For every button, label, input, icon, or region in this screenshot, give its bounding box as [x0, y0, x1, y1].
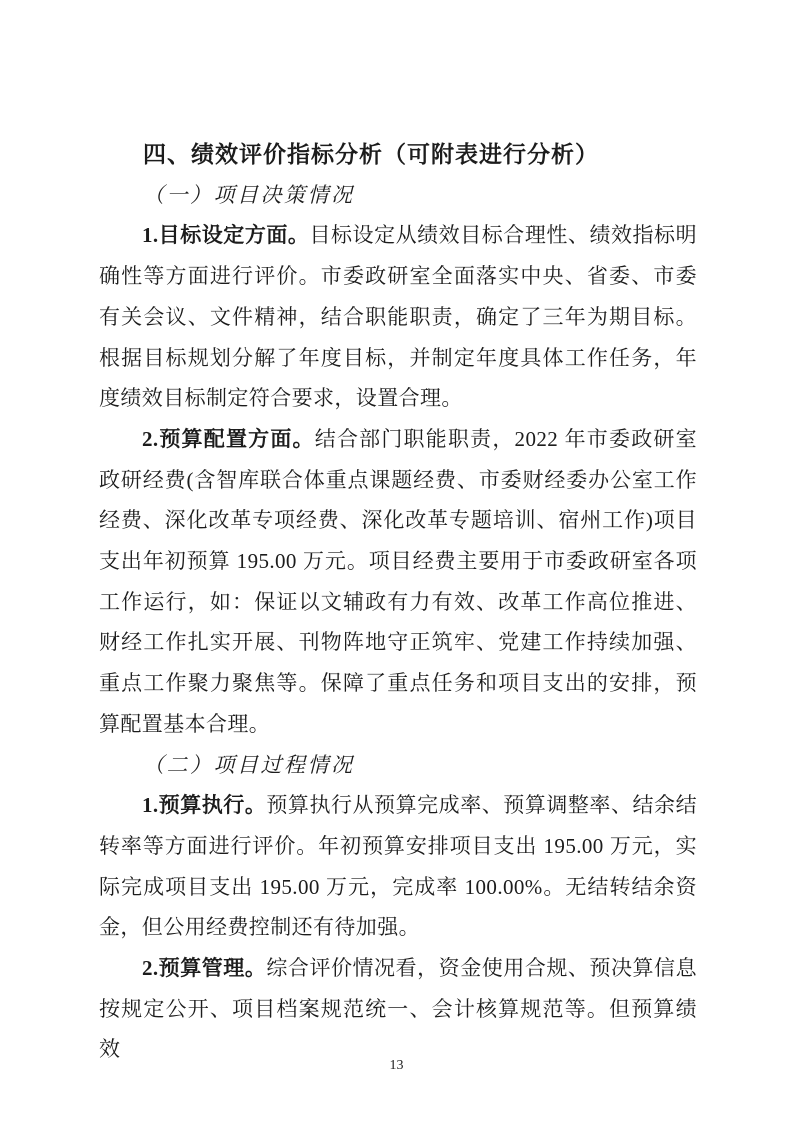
paragraph-lead: 1.目标设定方面。 [142, 223, 309, 247]
document-page: 四、绩效评价指标分析（可附表进行分析） （一）项目决策情况 1.目标设定方面。目… [0, 0, 793, 1122]
paragraph-budget-management: 2.预算管理。综合评价情况看，资金使用合规、预决算信息按规定公开、项目档案规范统… [99, 948, 697, 1070]
paragraph-budget-allocation: 2.预算配置方面。结合部门职能职责，2022 年市委政研室政研经费(含智库联合体… [99, 419, 697, 745]
paragraph-lead: 2.预算配置方面。 [142, 427, 315, 451]
paragraph-lead: 2.预算管理。 [142, 956, 266, 980]
paragraph-goal-setting: 1.目标设定方面。目标设定从绩效目标合理性、绩效指标明确性等方面进行评价。市委政… [99, 215, 697, 419]
section-heading: 四、绩效评价指标分析（可附表进行分析） [99, 134, 697, 175]
paragraph-text: 结合部门职能职责，2022 年市委政研室政研经费(含智库联合体重点课题经费、市委… [99, 427, 697, 736]
paragraph-lead: 1.预算执行。 [142, 793, 266, 817]
paragraph-budget-execution: 1.预算执行。预算执行从预算完成率、预算调整率、结余结转率等方面进行评价。年初预… [99, 785, 697, 948]
page-number: 13 [0, 1058, 793, 1074]
paragraph-text: 目标设定从绩效目标合理性、绩效指标明确性等方面进行评价。市委政研室全面落实中央、… [99, 223, 697, 410]
subsection-heading-decision: （一）项目决策情况 [99, 175, 697, 216]
subsection-heading-process: （二）项目过程情况 [99, 745, 697, 786]
document-body: 四、绩效评价指标分析（可附表进行分析） （一）项目决策情况 1.目标设定方面。目… [99, 134, 697, 1070]
